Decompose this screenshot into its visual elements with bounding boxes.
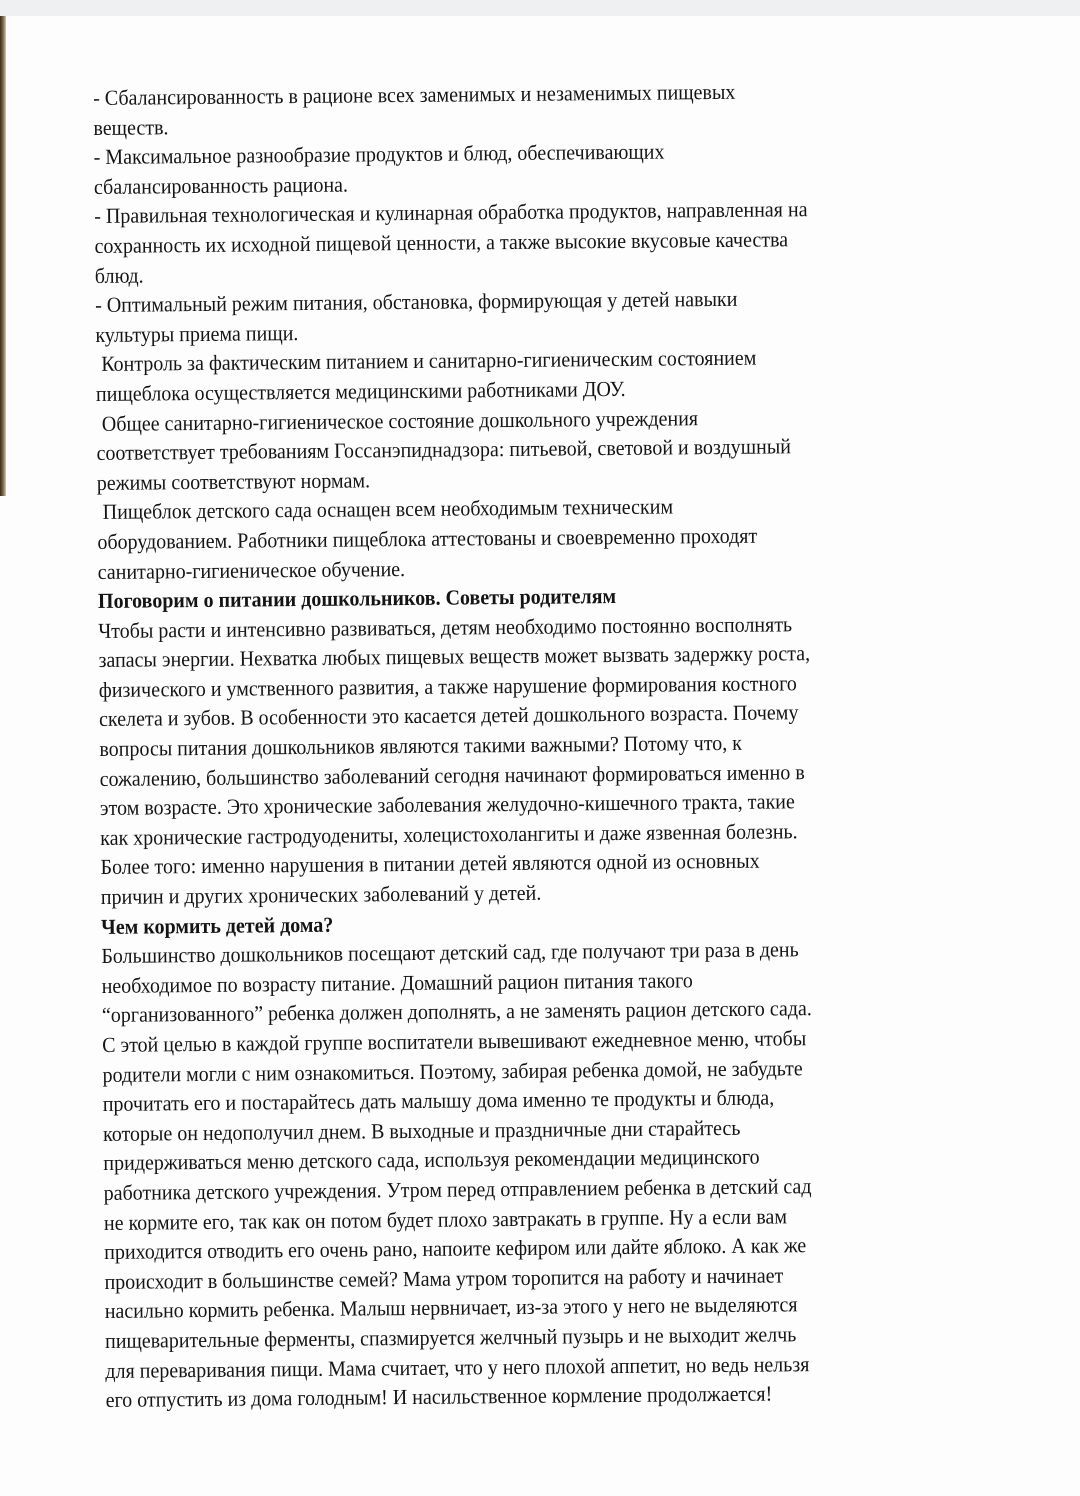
page-left-edge-shadow bbox=[0, 16, 6, 496]
document-body: - Сбалансированность в рационе всех заме… bbox=[93, 76, 971, 1416]
viewer-top-bar bbox=[0, 0, 1080, 16]
